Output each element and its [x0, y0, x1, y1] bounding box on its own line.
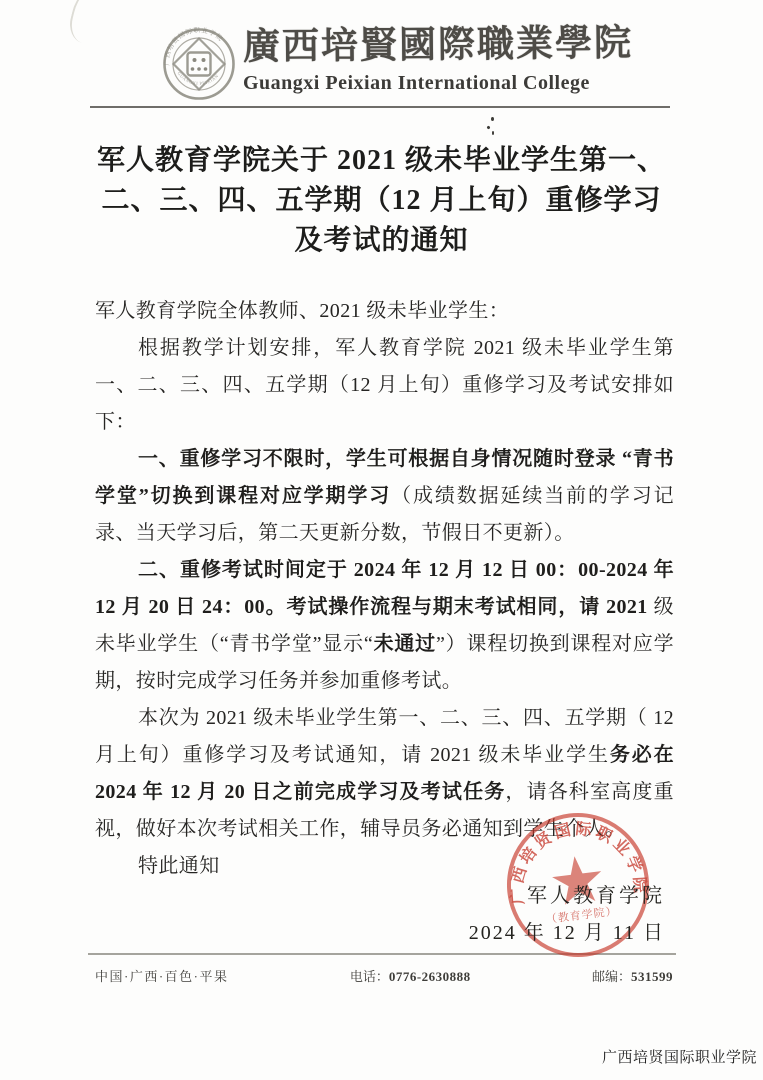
signature-org: 军人教育学院: [469, 883, 665, 909]
text-run: 军人教育学院全体教师、2021 级未毕业学生：: [95, 300, 509, 322]
footer-location: 中国·广西·百色·平果: [95, 966, 229, 985]
letterhead: 广西培贤国际职业学院 GUANGXI PEIXIAN 廣西培賢國際職業學院 Gu…: [0, 24, 763, 108]
text-run: 二、重修考试时间定于 2024 年 12 月 12 日 00：00-2024 年…: [95, 559, 674, 618]
body-paragraph: 一、重修学习不限时，学生可根据自身情况随时登录 “青书学堂”切换到课程对应学期学…: [95, 441, 674, 552]
notice-body: 军人教育学院全体教师、2021 级未毕业学生：根据教学计划安排，军人教育学院 2…: [95, 293, 674, 885]
notice-title-line: 及考试的通知: [0, 221, 763, 261]
letterhead-divider: [90, 106, 670, 108]
body-paragraph: 二、重修考试时间定于 2024 年 12 月 12 日 00：00-2024 年…: [95, 552, 674, 700]
signature-block: 军人教育学院 2024 年 12 月 11 日: [469, 883, 665, 946]
signature-date: 2024 年 12 月 11 日: [469, 920, 665, 946]
body-paragraph: 根据教学计划安排，军人教育学院 2021 级未毕业学生第一、二、三、四、五学期（…: [95, 330, 674, 441]
corner-watermark: 广西培贤国际职业学院: [602, 1046, 757, 1067]
text-run: 特此通知: [138, 855, 220, 877]
footer-postal: 邮编：531599: [592, 966, 673, 985]
college-name-block: 廣西培賢國際職業學院 Guangxi Peixian International…: [243, 24, 633, 96]
text-run: 本次为 2021 级未毕业学生第一、二、三、四、五学期（ 12 月上旬）重修学习…: [95, 707, 674, 766]
college-name-en: Guangxi Peixian International College: [243, 70, 633, 96]
scanned-notice-page: 广西培贤国际职业学院 GUANGXI PEIXIAN 廣西培賢國際職業學院 Gu…: [0, 0, 763, 1080]
body-paragraph: 军人教育学院全体教师、2021 级未毕业学生：: [95, 293, 674, 330]
footer-phone: 电话：0776-2630888: [350, 966, 471, 985]
college-name-zh: 廣西培賢國際職業學院: [243, 22, 633, 70]
text-run: 根据教学计划安排，军人教育学院 2021 级未毕业学生第一、二、三、四、五学期（…: [95, 337, 674, 433]
college-seal-icon: 广西培贤国际职业学院 GUANGXI PEIXIAN: [161, 26, 237, 102]
footer: 中国·广西·百色·平果 电话：0776-2630888 邮编：531599: [95, 966, 673, 985]
notice-title-line: 军人教育学院关于 2021 级未毕业学生第一、: [0, 141, 763, 181]
notice-title: 军人教育学院关于 2021 级未毕业学生第一、二、三、四、五学期（12 月上旬）…: [0, 141, 763, 261]
notice-title-line: 二、三、四、五学期（12 月上旬）重修学习: [0, 181, 763, 221]
scan-artifact-dots: [486, 117, 498, 137]
text-run: 未通过: [373, 633, 436, 655]
